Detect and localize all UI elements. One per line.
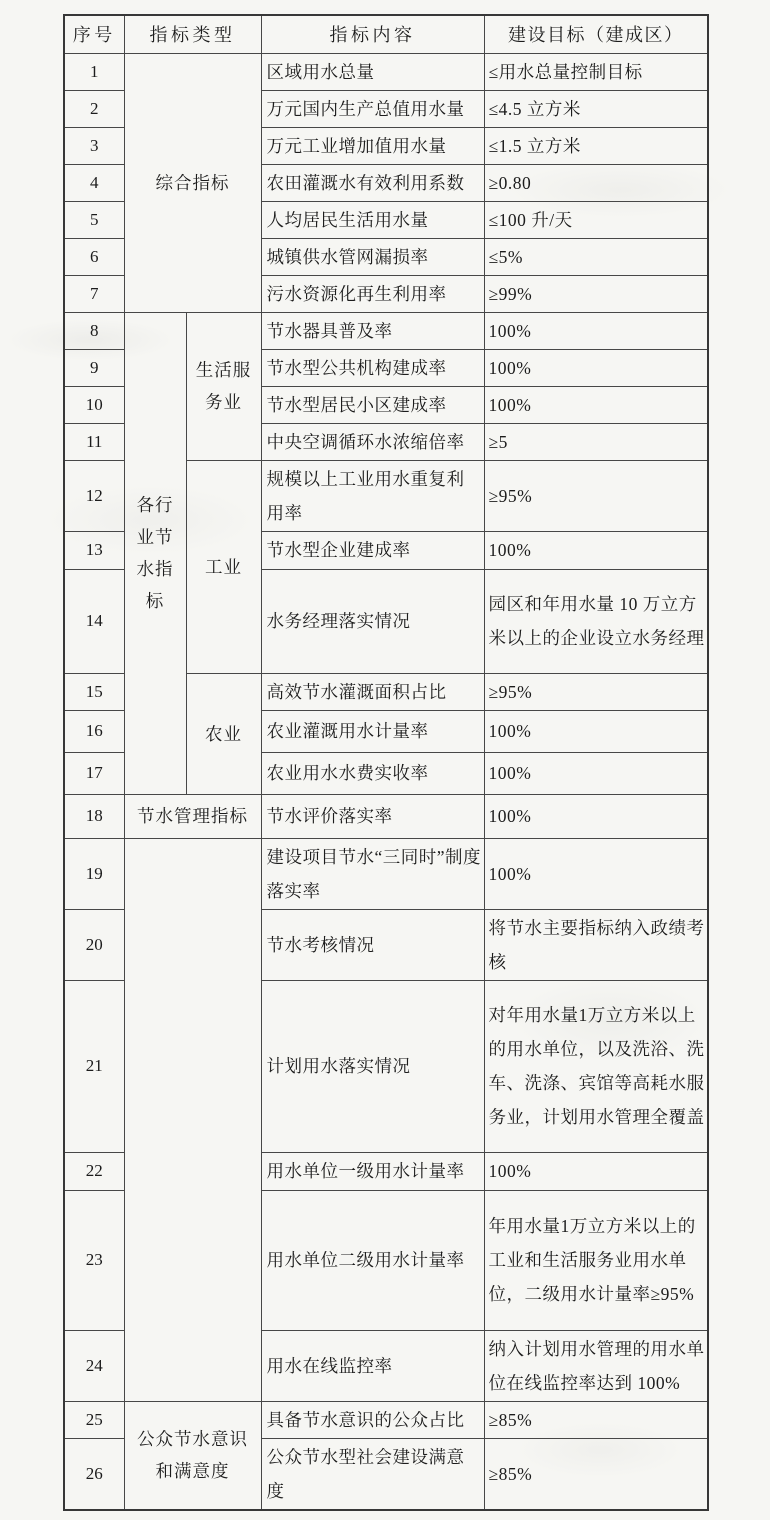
- row-number: 22: [64, 1152, 124, 1190]
- target-value: ≤5%: [484, 238, 708, 275]
- target-value: 对年用水量1万立方米以上的用水单位，以及洗浴、洗车、洗涤、宾馆等高耗水服务业，计…: [484, 980, 708, 1152]
- indicator-content: 高效节水灌溉面积占比: [261, 673, 484, 710]
- row-number: 21: [64, 980, 124, 1152]
- target-value: 100%: [484, 386, 708, 423]
- indicator-content: 公众节水型社会建设满意度: [261, 1438, 484, 1510]
- indicator-content: 区域用水总量: [261, 53, 484, 90]
- indicator-content: 万元国内生产总值用水量: [261, 90, 484, 127]
- group-public-awareness: 公众节水意识和满意度: [124, 1401, 261, 1510]
- indicator-content: 具备节水意识的公众占比: [261, 1401, 484, 1438]
- group-industry-saving: 各行业节水指标: [124, 312, 186, 794]
- row-number: 13: [64, 531, 124, 569]
- table-row: 18 节水管理指标 节水评价落实率 100%: [64, 794, 708, 838]
- indicator-content: 农田灌溉水有效利用系数: [261, 164, 484, 201]
- row-number: 5: [64, 201, 124, 238]
- group-agriculture: 农业: [186, 673, 261, 794]
- group-life-service: 生活服务业: [186, 312, 261, 460]
- row-number: 12: [64, 460, 124, 531]
- indicator-content: 水务经理落实情况: [261, 569, 484, 673]
- target-value: 100%: [484, 1152, 708, 1190]
- indicator-content: 污水资源化再生利用率: [261, 275, 484, 312]
- group-comprehensive: 综合指标: [124, 53, 261, 312]
- indicator-content: 人均居民生活用水量: [261, 201, 484, 238]
- group-industrial: 工业: [186, 460, 261, 673]
- row-number: 15: [64, 673, 124, 710]
- indicator-content: 城镇供水管网漏损率: [261, 238, 484, 275]
- row-number: 19: [64, 838, 124, 909]
- row-number: 23: [64, 1190, 124, 1330]
- target-value: 100%: [484, 794, 708, 838]
- indicator-content: 节水型居民小区建成率: [261, 386, 484, 423]
- indicator-content: 建设项目节水“三同时”制度落实率: [261, 838, 484, 909]
- row-number: 24: [64, 1330, 124, 1401]
- table-row: 8 各行业节水指标 生活服务业 节水器具普及率 100%: [64, 312, 708, 349]
- row-number: 25: [64, 1401, 124, 1438]
- indicator-content: 农业灌溉用水计量率: [261, 710, 484, 752]
- row-number: 8: [64, 312, 124, 349]
- indicator-content: 规模以上工业用水重复利用率: [261, 460, 484, 531]
- row-number: 14: [64, 569, 124, 673]
- row-number: 20: [64, 909, 124, 980]
- table-row: 19 建设项目节水“三同时”制度落实率 100%: [64, 838, 708, 909]
- scanned-document-page: { "table": { "headers": { "no": "序号", "t…: [0, 0, 770, 1520]
- header-content: 指标内容: [261, 15, 484, 53]
- target-value: 年用水量1万立方米以上的工业和生活服务业用水单位，二级用水计量率≥95%: [484, 1190, 708, 1330]
- indicator-content: 计划用水落实情况: [261, 980, 484, 1152]
- table-row: 25 公众节水意识和满意度 具备节水意识的公众占比 ≥85%: [64, 1401, 708, 1438]
- target-value: ≤4.5 立方米: [484, 90, 708, 127]
- target-value: 园区和年用水量 10 万立方米以上的企业设立水务经理: [484, 569, 708, 673]
- indicator-content: 节水器具普及率: [261, 312, 484, 349]
- group-cell-empty: [124, 838, 261, 1401]
- row-number: 11: [64, 423, 124, 460]
- header-target: 建设目标（建成区）: [484, 15, 708, 53]
- row-number: 9: [64, 349, 124, 386]
- indicator-content: 万元工业增加值用水量: [261, 127, 484, 164]
- row-number: 7: [64, 275, 124, 312]
- row-number: 16: [64, 710, 124, 752]
- indicator-content: 中央空调循环水浓缩倍率: [261, 423, 484, 460]
- row-number: 26: [64, 1438, 124, 1510]
- indicator-table: 序号 指标类型 指标内容 建设目标（建成区） 1 综合指标 区域用水总量 ≤用水…: [63, 14, 709, 1511]
- target-value: 100%: [484, 710, 708, 752]
- row-number: 18: [64, 794, 124, 838]
- target-value: 100%: [484, 531, 708, 569]
- row-number: 6: [64, 238, 124, 275]
- row-number: 1: [64, 53, 124, 90]
- indicator-content: 节水型公共机构建成率: [261, 349, 484, 386]
- indicator-content: 用水单位二级用水计量率: [261, 1190, 484, 1330]
- indicator-content: 用水在线监控率: [261, 1330, 484, 1401]
- target-value: ≥95%: [484, 460, 708, 531]
- target-value: ≥85%: [484, 1438, 708, 1510]
- target-value: ≥95%: [484, 673, 708, 710]
- indicator-content: 节水评价落实率: [261, 794, 484, 838]
- target-value: ≥99%: [484, 275, 708, 312]
- target-value: 100%: [484, 838, 708, 909]
- table-row: 1 综合指标 区域用水总量 ≤用水总量控制目标: [64, 53, 708, 90]
- row-number: 2: [64, 90, 124, 127]
- header-type: 指标类型: [124, 15, 261, 53]
- target-value: 100%: [484, 312, 708, 349]
- row-number: 10: [64, 386, 124, 423]
- target-value: ≤100 升/天: [484, 201, 708, 238]
- row-number: 17: [64, 752, 124, 794]
- indicator-content: 节水型企业建成率: [261, 531, 484, 569]
- indicator-content: 节水考核情况: [261, 909, 484, 980]
- target-value: ≥85%: [484, 1401, 708, 1438]
- indicator-content: 用水单位一级用水计量率: [261, 1152, 484, 1190]
- target-value: ≤1.5 立方米: [484, 127, 708, 164]
- target-value: 将节水主要指标纳入政绩考核: [484, 909, 708, 980]
- target-value: 100%: [484, 349, 708, 386]
- header-no: 序号: [64, 15, 124, 53]
- group-management: 节水管理指标: [124, 794, 261, 838]
- indicator-content: 农业用水水费实收率: [261, 752, 484, 794]
- row-number: 3: [64, 127, 124, 164]
- target-value: ≥5: [484, 423, 708, 460]
- header-row: 序号 指标类型 指标内容 建设目标（建成区）: [64, 15, 708, 53]
- row-number: 4: [64, 164, 124, 201]
- target-value: ≥0.80: [484, 164, 708, 201]
- target-value: ≤用水总量控制目标: [484, 53, 708, 90]
- target-value: 100%: [484, 752, 708, 794]
- target-value: 纳入计划用水管理的用水单位在线监控率达到 100%: [484, 1330, 708, 1401]
